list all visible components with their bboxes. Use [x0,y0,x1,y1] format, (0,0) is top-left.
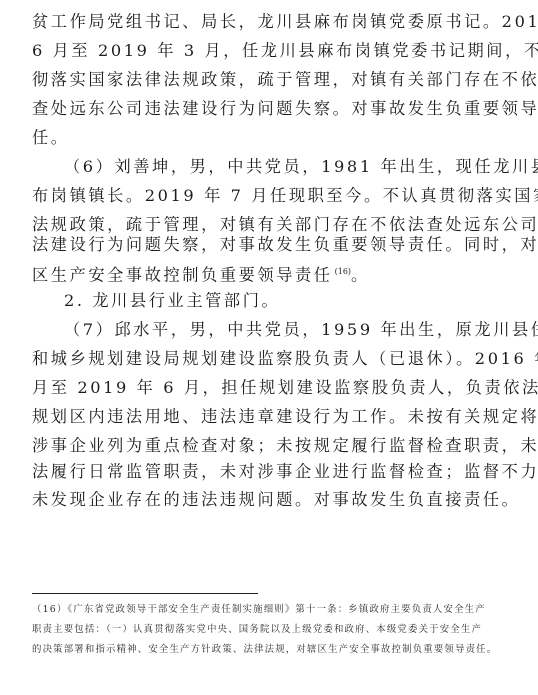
footnote-line-2: 职责主要包括：（一）认真贯彻落实党中央、国务院以及上级党委和政府、本级党委关于安… [32,623,482,637]
body-line-18: 未发现企业存在的违法违规问题。对事故发生负直接责任。 [32,490,520,510]
paragraph-6-heading-line: （6）刘善坤，男，中共党员，1981 年出生，现任龙川县麻 [64,157,538,177]
body-line-13: 和城乡规划建设局规划建设监察股负责人（已退休）。2016 年 3 [32,349,538,369]
footnote-divider [32,593,258,594]
body-line-15: 规划区内违法用地、违法违章建设行为工作。未按有关规定将 [32,407,538,427]
footnote-line-3: 的决策部署和指示精神、安全生产方针政策、法律法规，对辖区生产安全事故控制负重要领… [32,643,497,657]
body-line-1: 贫工作局党组书记、局长，龙川县麻布岗镇党委原书记。2016 年 [32,12,538,32]
body-line-10-text: 区生产安全事故控制负重要领导责任 [32,265,333,284]
body-line-7: 布岗镇镇长。2019 年 7 月任现职至今。不认真贯彻落实国家法律 [32,186,538,206]
body-line-5: 任。 [32,128,70,148]
paragraph-7-heading-line: （7）邱水平，男，中共党员，1959 年出生，原龙川县住房 [64,320,538,340]
footnote-line-1: （16）《广东省党政领导干部安全生产责任制实施细则》第十一条：乡镇政府主要负责人… [32,603,486,617]
body-line-17: 法履行日常监管职责，未对涉事企业进行监督检查；监督不力， [32,462,538,482]
body-line-2: 6 月至 2019 年 3 月，任龙川县麻布岗镇党委书记期间，不认真贯 [32,41,538,61]
body-line-16: 涉事企业列为重点检查对象；未按规定履行监督检查职责，未依 [32,436,538,456]
body-line-4: 查处远东公司违法建设行为问题失察。对事故发生负重要领导责 [32,99,538,119]
body-line-8: 法规政策，疏于管理，对镇有关部门存在不依法查处远东公司违 [32,215,538,235]
body-line-14: 月至 2019 年 6 月，担任规划建设监察股负责人，负责依法查处县 [32,378,538,398]
document-page: 贫工作局党组书记、局长，龙川县麻布岗镇党委原书记。2016 年 6 月至 201… [0,0,538,695]
section-heading-2: 2. 龙川县行业主管部门。 [64,291,280,311]
body-line-9: 法建设行为问题失察，对事故发生负重要领导责任。同时，对辖 [32,235,538,255]
body-line-3: 彻落实国家法律法规政策，疏于管理，对镇有关部门存在不依法 [32,70,538,90]
body-line-10: 区生产安全事故控制负重要领导责任(16)。 [32,262,370,285]
body-line-10-end: 。 [351,265,370,284]
footnote-reference[interactable]: (16) [335,267,351,276]
